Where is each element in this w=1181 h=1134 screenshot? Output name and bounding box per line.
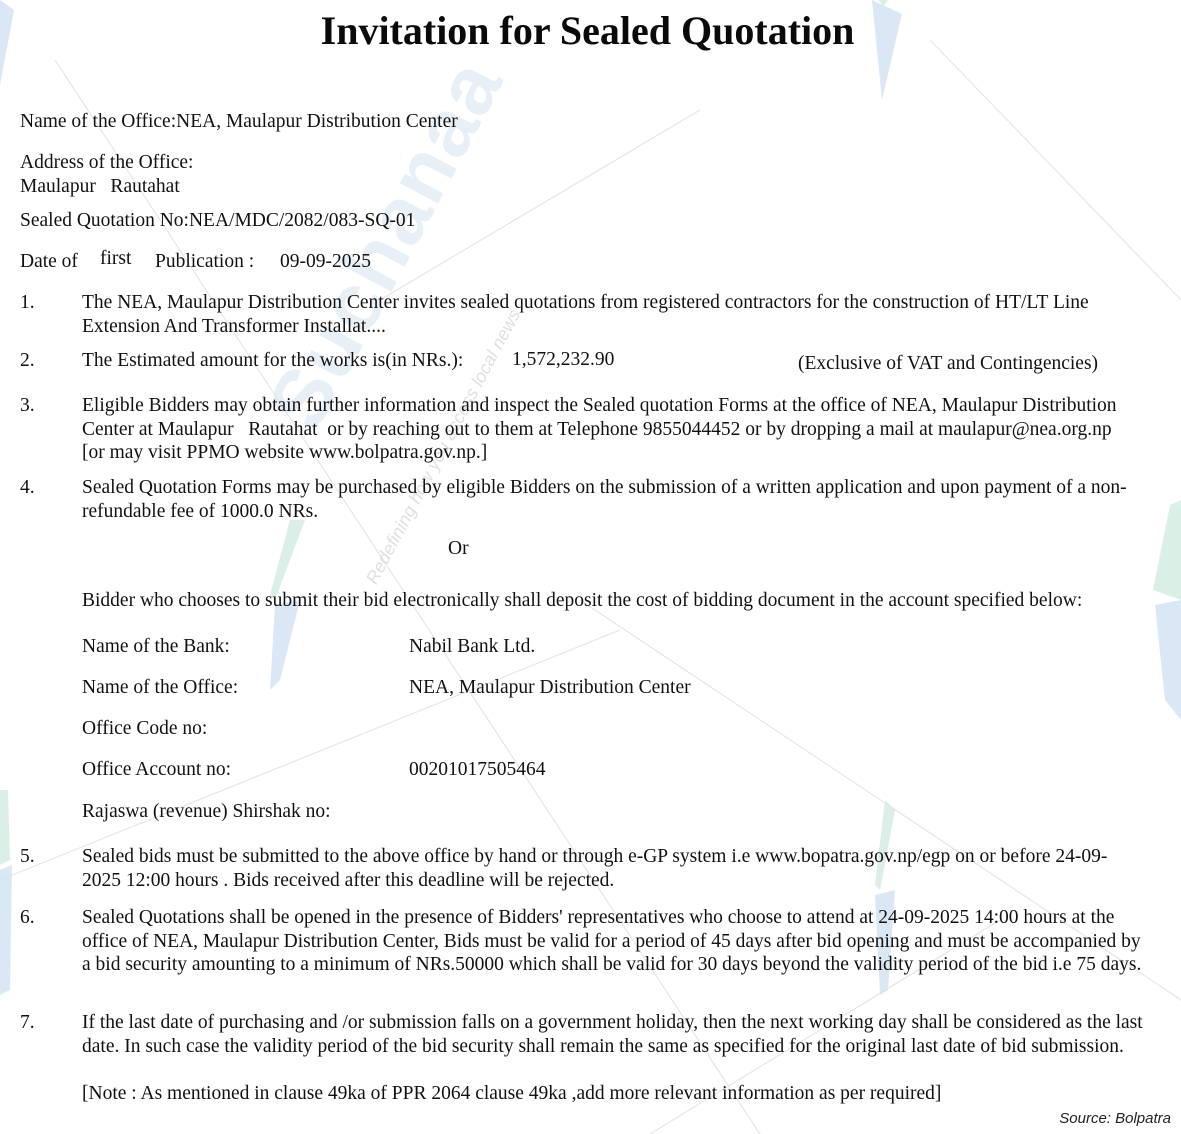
date-label-b: first	[100, 247, 131, 271]
clause-number-4: 4.	[20, 476, 35, 500]
clause-text-5: Sealed bids must be submitted to the abo…	[82, 845, 1142, 892]
clause-number-6: 6.	[20, 906, 35, 930]
clause-text-2: The Estimated amount for the works is(in…	[82, 349, 463, 373]
office-name-line: Name of the Office:NEA, Maulapur Distrib…	[20, 110, 458, 134]
clause-text-4: Sealed Quotation Forms may be purchased …	[82, 476, 1144, 523]
clause-text-1: The NEA, Maulapur Distribution Center in…	[82, 291, 1122, 338]
office-name-label: Name of the Office:	[82, 676, 238, 700]
date-label-a: Date of	[20, 250, 78, 274]
electronic-deposit-text: Bidder who chooses to submit their bid e…	[82, 589, 1082, 613]
or-separator: Or	[448, 537, 469, 561]
page-title: Invitation for Sealed Quotation	[0, 7, 1175, 55]
source-credit: Source: Bolpatra	[1059, 1110, 1171, 1127]
clause-number-5: 5.	[20, 845, 35, 869]
clause-number-2: 2.	[20, 349, 35, 373]
address-value: Maulapur Rautahat	[20, 175, 180, 199]
revenue-shirshak-label: Rajaswa (revenue) Shirshak no:	[82, 800, 331, 824]
office-account-value: 00201017505464	[409, 758, 546, 782]
bank-name-value: Nabil Bank Ltd.	[409, 635, 535, 659]
clause-number-7: 7.	[20, 1011, 35, 1035]
date-label-c: Publication :	[155, 250, 254, 274]
estimated-amount: 1,572,232.90	[512, 348, 614, 372]
vat-note: (Exclusive of VAT and Contingencies)	[798, 352, 1098, 376]
clause-number-1: 1.	[20, 291, 35, 315]
publication-date: 09-09-2025	[280, 250, 371, 274]
clause-text-3: Eligible Bidders may obtain further info…	[82, 394, 1122, 465]
clause-number-3: 3.	[20, 394, 35, 418]
clause-text-7: If the last date of purchasing and /or s…	[82, 1011, 1144, 1058]
document-page: Invitation for Sealed Quotation Name of …	[0, 0, 1181, 1134]
quotation-number-line: Sealed Quotation No:NEA/MDC/2082/083-SQ-…	[20, 209, 415, 233]
bank-name-label: Name of the Bank:	[82, 635, 230, 659]
ppr-note: [Note : As mentioned in clause 49ka of P…	[82, 1082, 941, 1106]
office-name-value: NEA, Maulapur Distribution Center	[409, 676, 691, 700]
office-code-label: Office Code no:	[82, 717, 207, 741]
office-account-label: Office Account no:	[82, 758, 231, 782]
clause-text-6: Sealed Quotations shall be opened in the…	[82, 906, 1144, 977]
address-label: Address of the Office:	[20, 151, 193, 175]
